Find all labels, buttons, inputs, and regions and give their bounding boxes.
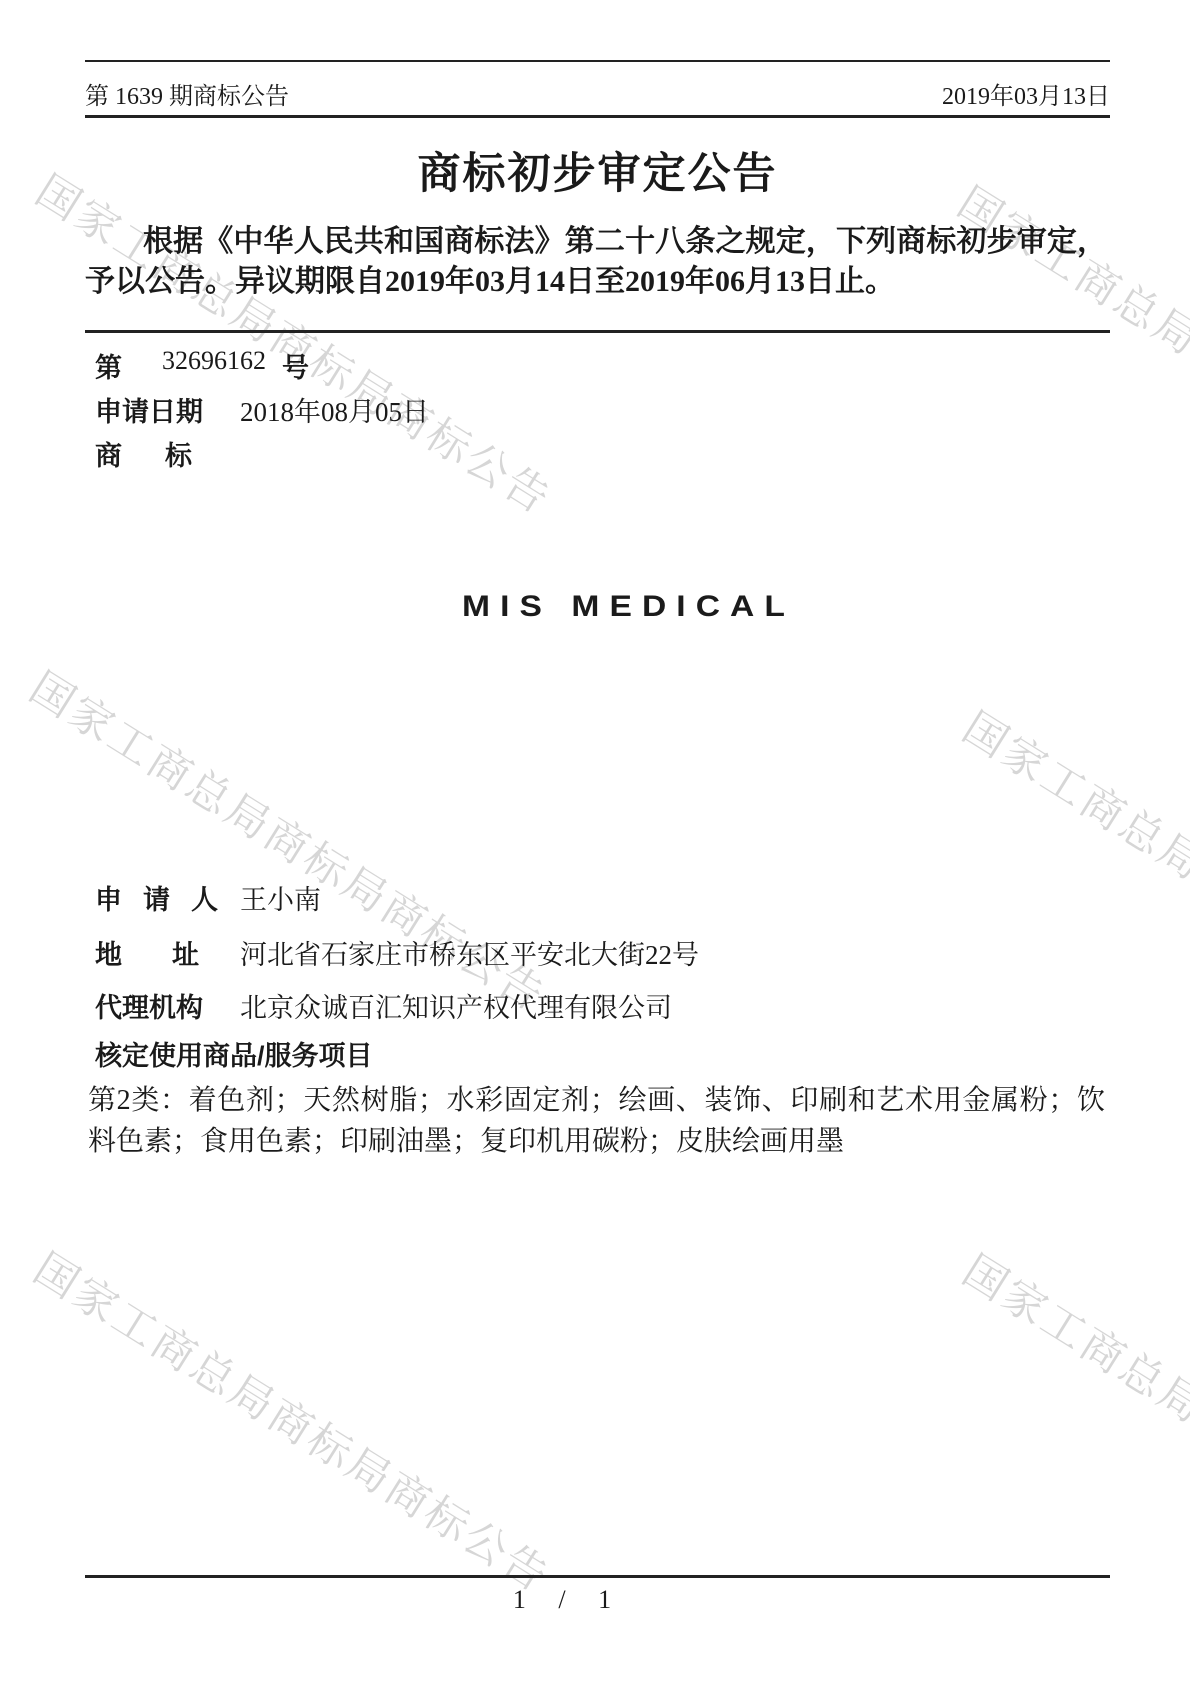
address-value: 河北省石家庄市桥东区平安北大街22号 bbox=[240, 933, 699, 972]
footer-rule bbox=[85, 1575, 1110, 1578]
application-date-row: 申请日期 2018年08月05日 bbox=[0, 390, 1190, 424]
goods-services-heading: 核定使用商品/服务项目 bbox=[95, 1034, 373, 1073]
trademark-logo-image: MIS MEDICAL bbox=[462, 590, 795, 624]
trademark-label-row: 商标 bbox=[0, 434, 1190, 468]
record-top-rule bbox=[85, 330, 1110, 333]
total-page-number: 1 bbox=[598, 1585, 611, 1615]
trademark-number-row: 第 32696162 号 bbox=[0, 346, 1190, 380]
address-row: 地址 河北省石家庄市桥东区平安北大街22号 bbox=[0, 933, 1190, 967]
applicant-label: 申请人 bbox=[95, 878, 239, 917]
page-number-separator: / bbox=[558, 1585, 565, 1615]
page-number: 1 / 1 bbox=[0, 1585, 1124, 1615]
application-date-value: 2018年08月05日 bbox=[240, 390, 429, 429]
gazette-issue-label: 第 1639 期商标公告 bbox=[85, 76, 289, 111]
gazette-date-label: 2019年03月13日 bbox=[942, 76, 1110, 111]
watermark-text: 国家工商总局商标局商标公告 bbox=[24, 1236, 563, 1605]
applicant-row: 申请人 王小南 bbox=[0, 878, 1190, 912]
number-prefix-label: 第 bbox=[95, 346, 122, 385]
agency-value: 北京众诚百汇知识产权代理有限公司 bbox=[240, 986, 672, 1025]
agency-row: 代理机构 北京众诚百汇知识产权代理有限公司 bbox=[0, 986, 1190, 1020]
goods-services-text: 第2类：着色剂；天然树脂；水彩固定剂；绘画、装饰、印刷和艺术用金属粉；饮料色素；… bbox=[88, 1080, 1105, 1162]
number-suffix-label: 号 bbox=[282, 346, 309, 385]
page-title: 商标初步审定公告 bbox=[85, 140, 1110, 201]
notice-paragraph: 根据《中华人民共和国商标法》第二十八条之规定，下列商标初步审定，予以公告。异议期… bbox=[85, 222, 1107, 302]
trademark-number: 32696162 bbox=[162, 346, 266, 376]
watermark-text: 国家工商总局商标局商标公告 bbox=[953, 1238, 1190, 1607]
agency-label: 代理机构 bbox=[95, 986, 203, 1025]
page-top-rule bbox=[85, 60, 1110, 62]
trademark-label: 商标 bbox=[95, 434, 235, 473]
header-rule bbox=[85, 115, 1110, 118]
application-date-label: 申请日期 bbox=[95, 390, 203, 429]
address-label: 地址 bbox=[95, 933, 249, 972]
applicant-value: 王小南 bbox=[240, 878, 321, 917]
gazette-page: 国家工商总局商标局商标公告 国家工商总局商标局商标公告 国家工商总局商标局商标公… bbox=[0, 0, 1190, 1684]
current-page-number: 1 bbox=[513, 1585, 526, 1615]
